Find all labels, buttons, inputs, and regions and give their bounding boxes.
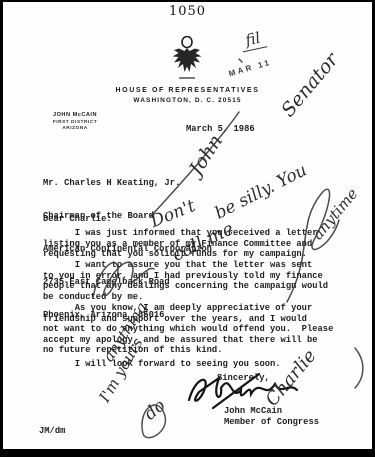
body-paragraph-2: I want to assure you that the letter was… [43,260,347,302]
letterhead-city: WASHINGTON, D. C. 20515 [3,97,372,104]
signer-title: Member of Congress [224,417,319,428]
handwriting-annotation-senator: Senator [277,49,343,121]
member-name: JOHN McCAIN [37,112,113,118]
received-date-stamp: MAR 11 [228,58,273,79]
page-number: 1050 [3,4,372,19]
member-name-block: JOHN McCAIN FIRST DISTRICT ARIZONA [37,112,113,131]
scanned-letter-page: 1050 HOUSE OF REPRESENTATIVES WASHINGTON… [0,0,375,457]
typist-initials: JM/dm [39,426,65,436]
recipient-line: Mr. Charles H Keating, Jr. [43,178,212,189]
eagle-seal-icon [170,36,204,82]
handwriting-annotation-john: John [185,131,227,179]
member-district: FIRST DISTRICT [37,120,113,125]
salutation: Dear Charlie: [43,214,112,224]
member-state: ARIZONA [37,126,113,131]
letter-date: March 5, 1986 [186,124,255,134]
file-mark-annotation: fil [239,28,267,53]
handwriting-annotation-do: do [140,396,169,425]
handwriting-annotation-be-silly: be silly. You [212,160,311,223]
